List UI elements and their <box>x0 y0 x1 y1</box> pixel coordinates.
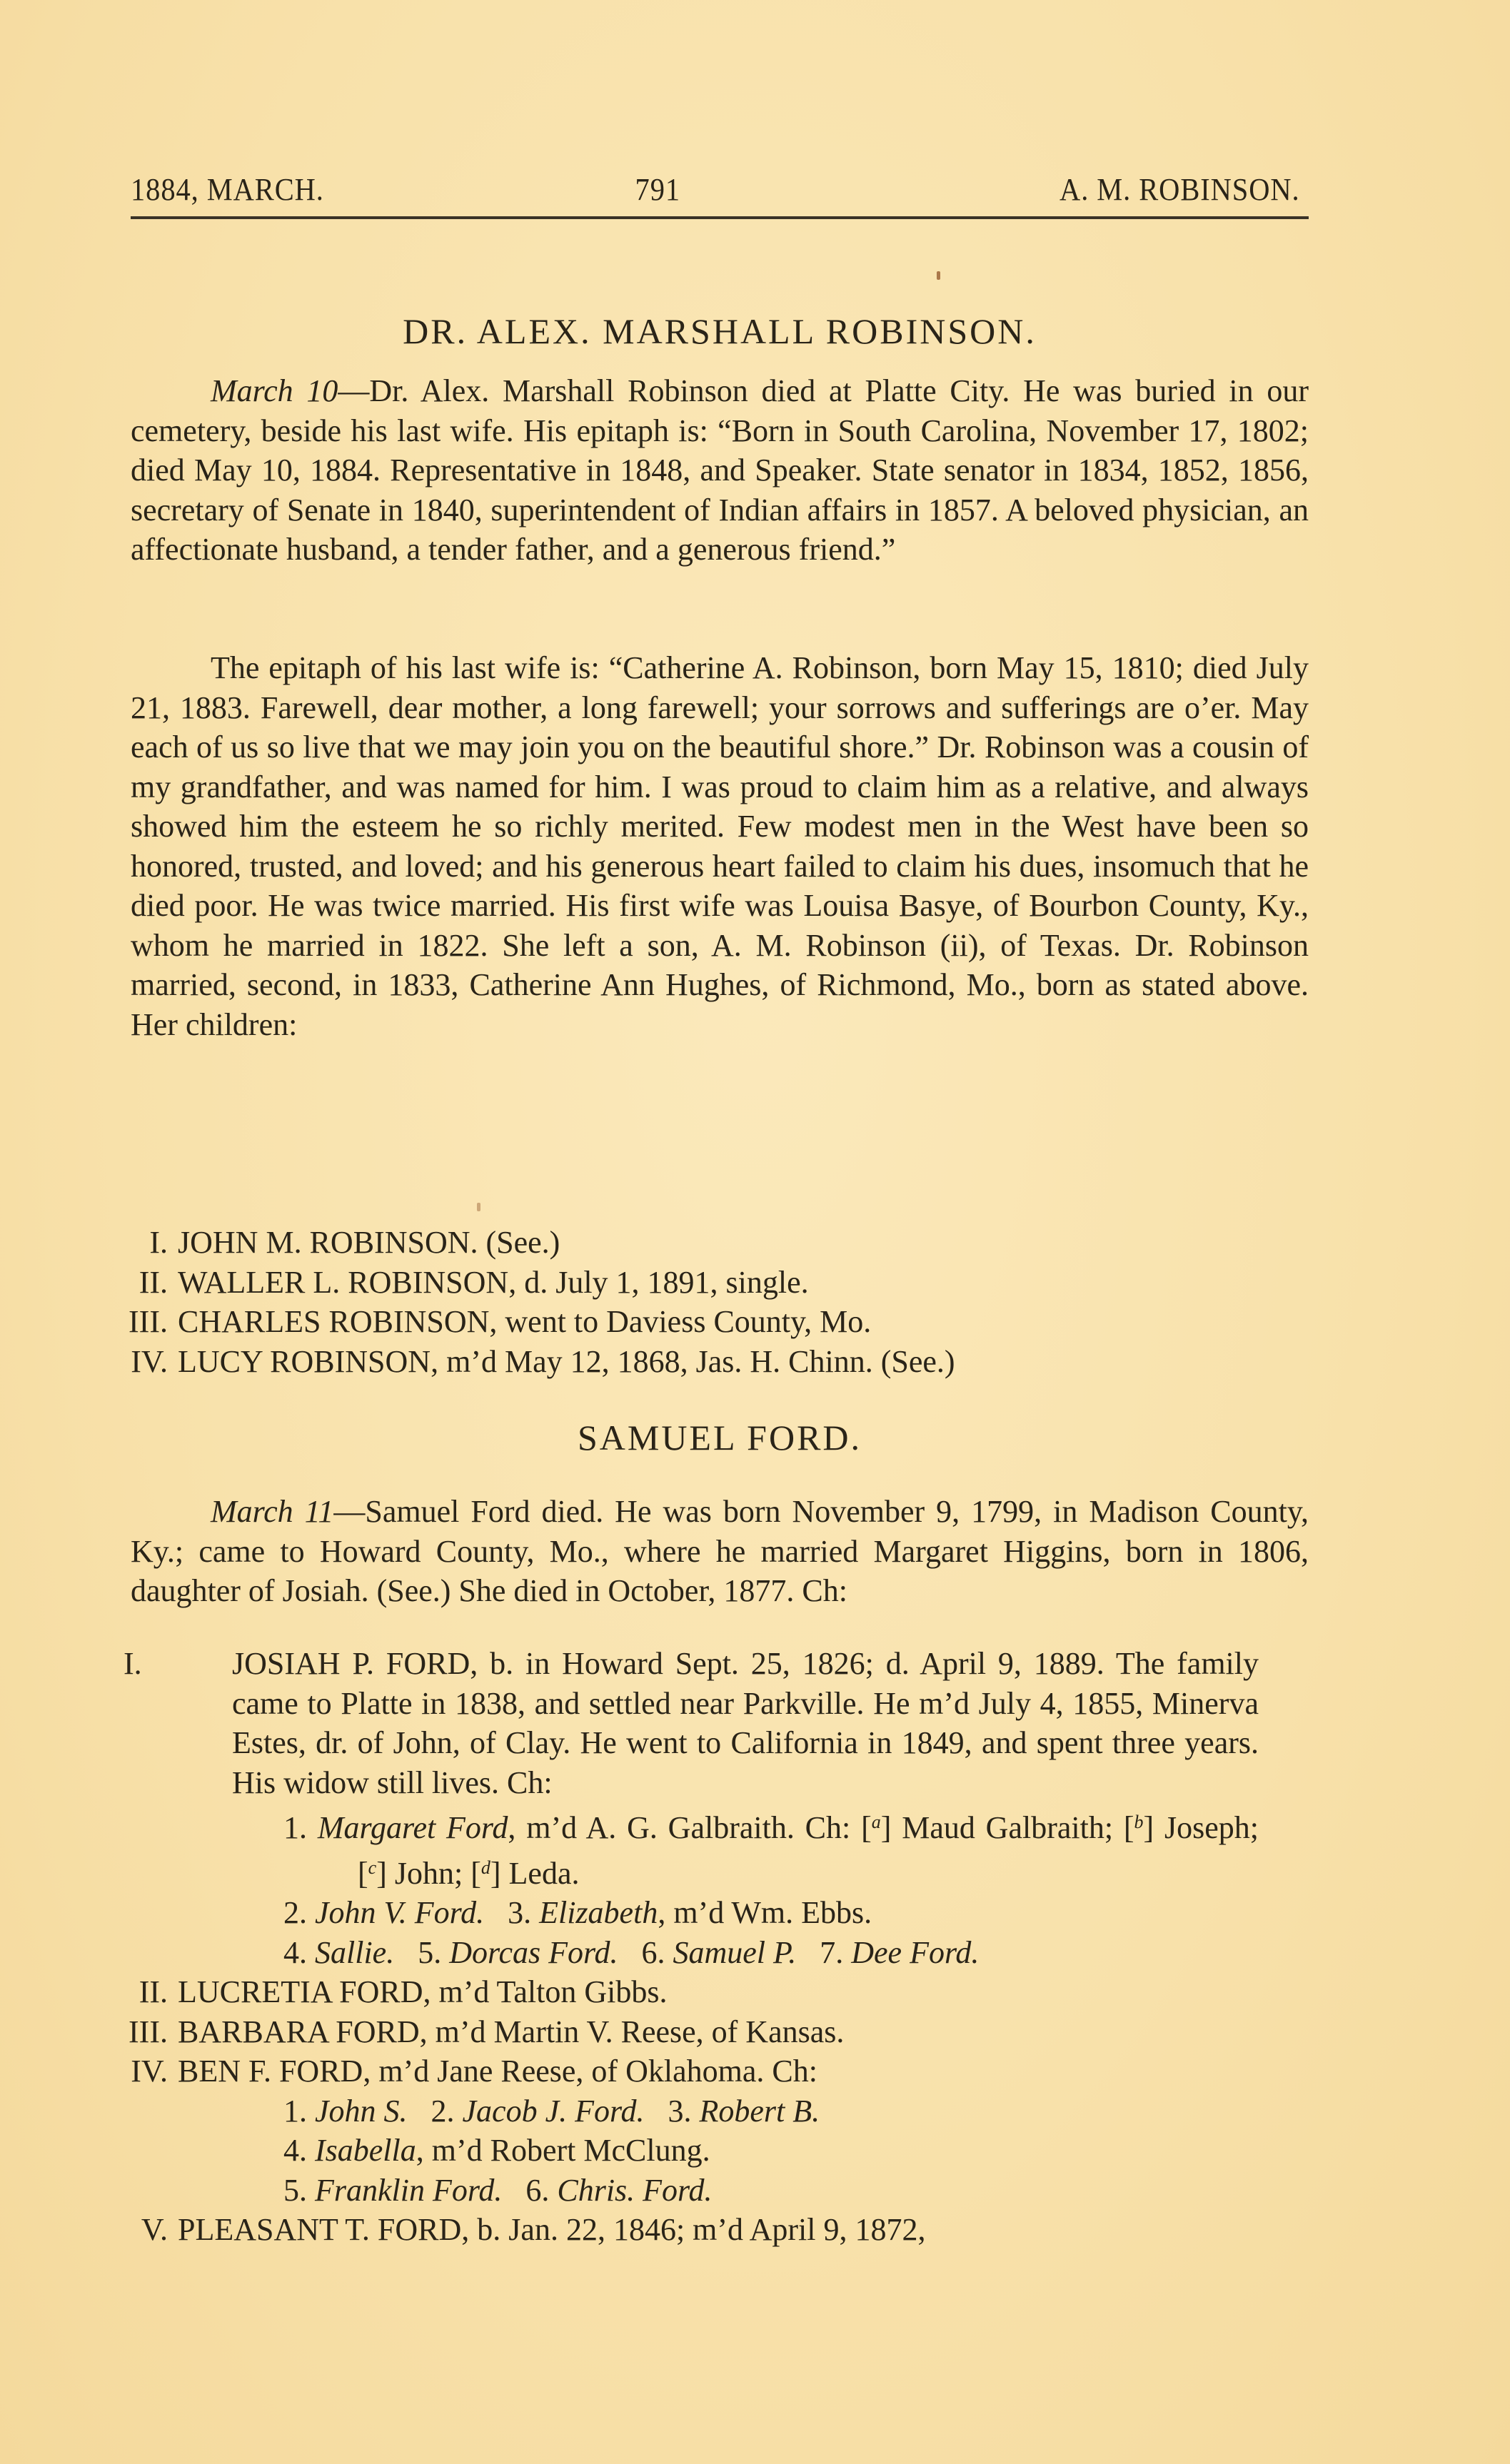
running-head: 1884, MARCH. 791 A. M. ROBINSON. <box>131 171 1214 207</box>
list-item: IV.LUCY ROBINSON, m’d May 12, 1868, Jas.… <box>124 1342 1302 1382</box>
robinson-children-list: I.JOHN M. ROBINSON. (See.) II.WALLER L. … <box>124 1223 1302 1381</box>
page-number: 791 <box>635 171 680 208</box>
list-item-josiah: I.JOSIAH P. FORD, b. in Howard Sept. 25,… <box>124 1644 1259 1802</box>
header-rule <box>131 216 1309 219</box>
list-item-ben: IV.BEN F. FORD, m’d Jane Reese, of Oklah… <box>124 2051 1302 2091</box>
entry-date: March 10 <box>211 373 338 408</box>
sub-item-john-elizabeth: 2. John V. Ford. 3. Elizabeth, m’d Wm. E… <box>124 1893 1302 1933</box>
list-item-lucretia: II.LUCRETIA FORD, m’d Talton Gibbs. <box>124 1972 1302 2012</box>
entry-date: March 11 <box>211 1494 333 1529</box>
paragraph-text: The epitaph of his last wife is: “Cather… <box>131 650 1309 1042</box>
ford-children-list: I.JOSIAH P. FORD, b. in Howard Sept. 25,… <box>124 1644 1302 2250</box>
list-item: II.WALLER L. ROBINSON, d. July 1, 1891, … <box>124 1263 1302 1303</box>
list-item: III.CHARLES ROBINSON, went to Daviess Co… <box>124 1302 1302 1342</box>
sub-item-ben-4: 4. Isabella, m’d Robert McClung. <box>124 2131 1302 2171</box>
paper-blemish <box>937 271 940 280</box>
running-head-name: A. M. ROBINSON. <box>1059 171 1300 208</box>
section-title-ford: SAMUEL FORD. <box>131 1417 1309 1458</box>
list-item-barbara: III.BARBARA FORD, m’d Martin V. Reese, o… <box>124 2012 1302 2052</box>
paragraph-ford-death: March 11—Samuel Ford died. He was born N… <box>131 1492 1309 1611</box>
paragraph-robinson-death: March 10—Dr. Alex. Marshall Robinson die… <box>131 371 1309 570</box>
sub-item-ben-5-6: 5. Franklin Ford. 6. Chris. Ford. <box>124 2171 1302 2211</box>
list-item: I.JOHN M. ROBINSON. (See.) <box>124 1223 1302 1263</box>
section-title-robinson: DR. ALEX. MARSHALL ROBINSON. <box>131 310 1309 352</box>
sub-item-ben-1-3: 1. John S. 2. Jacob J. Ford. 3. Robert B… <box>124 2091 1302 2131</box>
paragraph-robinson-epitaph: The epitaph of his last wife is: “Cather… <box>131 648 1309 1044</box>
list-item-pleasant: V.PLEASANT T. FORD, b. Jan. 22, 1846; m’… <box>124 2210 1302 2250</box>
paper-blemish <box>477 1203 480 1211</box>
sub-item-sallie-dee: 4. Sallie. 5. Dorcas Ford. 6. Samuel P. … <box>124 1933 1302 1973</box>
running-head-date: 1884, MARCH. <box>131 171 324 208</box>
sub-item-margaret: 1. Margaret Ford, m’d A. G. Galbraith. C… <box>124 1802 1259 1893</box>
